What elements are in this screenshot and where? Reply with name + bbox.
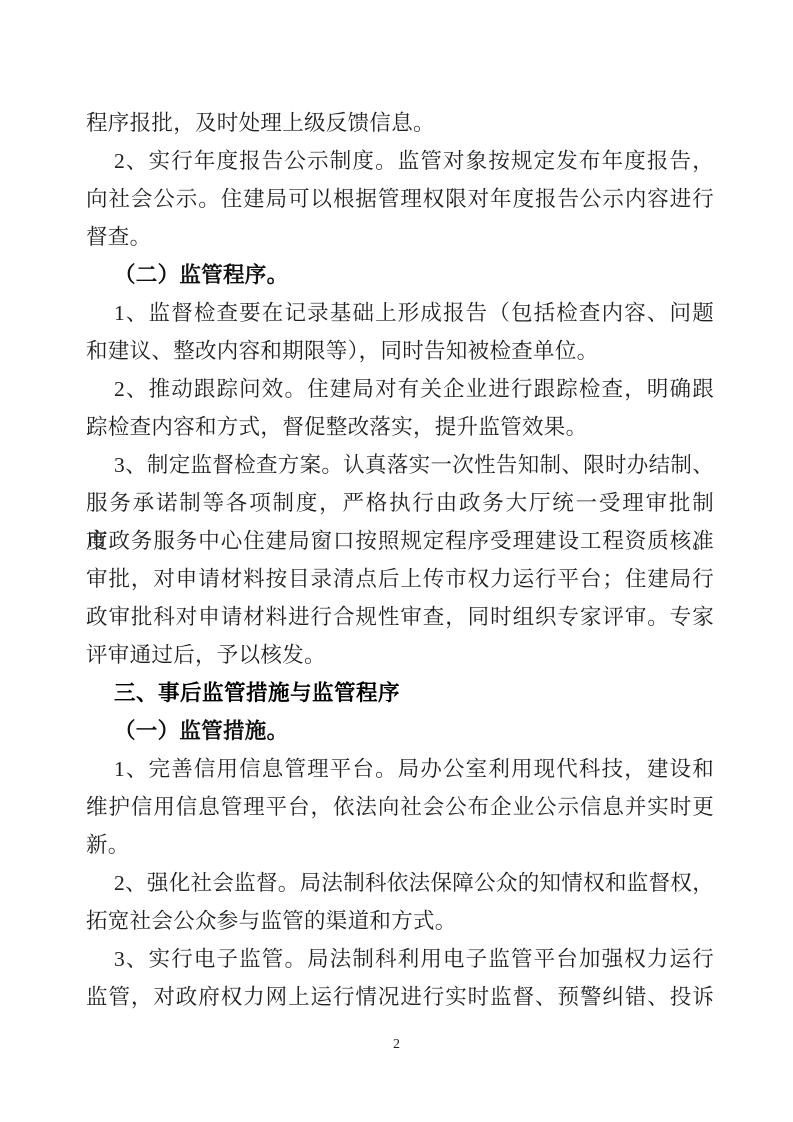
text-line: 市政务服务中心住建局窗口按照规定程序受理建设工程资质核准 — [86, 522, 714, 560]
text-line: 维护信用信息管理平台，依法向社会公布企业公示信息并实时更 — [86, 788, 714, 826]
text-line: 拓宽社会公众参与监管的渠道和方式。 — [86, 902, 714, 940]
text-line: 和建议、整改内容和期限等），同时告知被检查单位。 — [86, 332, 714, 370]
text-line: 1、监督检查要在记录基础上形成报告（包括检查内容、问题 — [86, 294, 714, 332]
text-line: 审批，对申请材料按目录清点后上传市权力运行平台；住建局行 — [86, 560, 714, 598]
heading-line: （二）监管程序。 — [86, 256, 714, 294]
text-line: 新。 — [86, 826, 714, 864]
text-line: 2、推动跟踪问效。住建局对有关企业进行跟踪检查，明确跟 — [86, 370, 714, 408]
document-body: 程序报批，及时处理上级反馈信息。2、实行年度报告公示制度。监管对象按规定发布年度… — [86, 104, 714, 1016]
text-line: 2、实行年度报告公示制度。监管对象按规定发布年度报告， — [86, 142, 714, 180]
text-line: 1、完善信用信息管理平台。局办公室利用现代科技，建设和 — [86, 750, 714, 788]
text-line: 3、实行电子监管。局法制科利用电子监管平台加强权力运行 — [86, 940, 714, 978]
text-line: 3、制定监督检查方案。认真落实一次性告知制、限时办结制、 — [86, 446, 714, 484]
text-line: 监管，对政府权力网上运行情况进行实时监督、预警纠错、投诉 — [86, 978, 714, 1016]
text-line: 踪检查内容和方式，督促整改落实，提升监管效果。 — [86, 408, 714, 446]
heading-line: （一）监管措施。 — [86, 712, 714, 750]
heading-line: 三、事后监管措施与监管程序 — [86, 674, 714, 712]
text-line: 向社会公示。住建局可以根据管理权限对年度报告公示内容进行 — [86, 180, 714, 218]
text-line: 督查。 — [86, 218, 714, 256]
text-line: 评审通过后，予以核发。 — [86, 636, 714, 674]
text-line: 服务承诺制等各项制度，严格执行由政务大厅统一受理审批制度。 — [86, 484, 714, 522]
text-line: 程序报批，及时处理上级反馈信息。 — [86, 104, 714, 142]
page-number: 2 — [0, 1036, 793, 1054]
text-line: 政审批科对申请材料进行合规性审查，同时组织专家评审。专家 — [86, 598, 714, 636]
document-page: 程序报批，及时处理上级反馈信息。2、实行年度报告公示制度。监管对象按规定发布年度… — [0, 0, 793, 1122]
text-line: 2、强化社会监督。局法制科依法保障公众的知情权和监督权， — [86, 864, 714, 902]
